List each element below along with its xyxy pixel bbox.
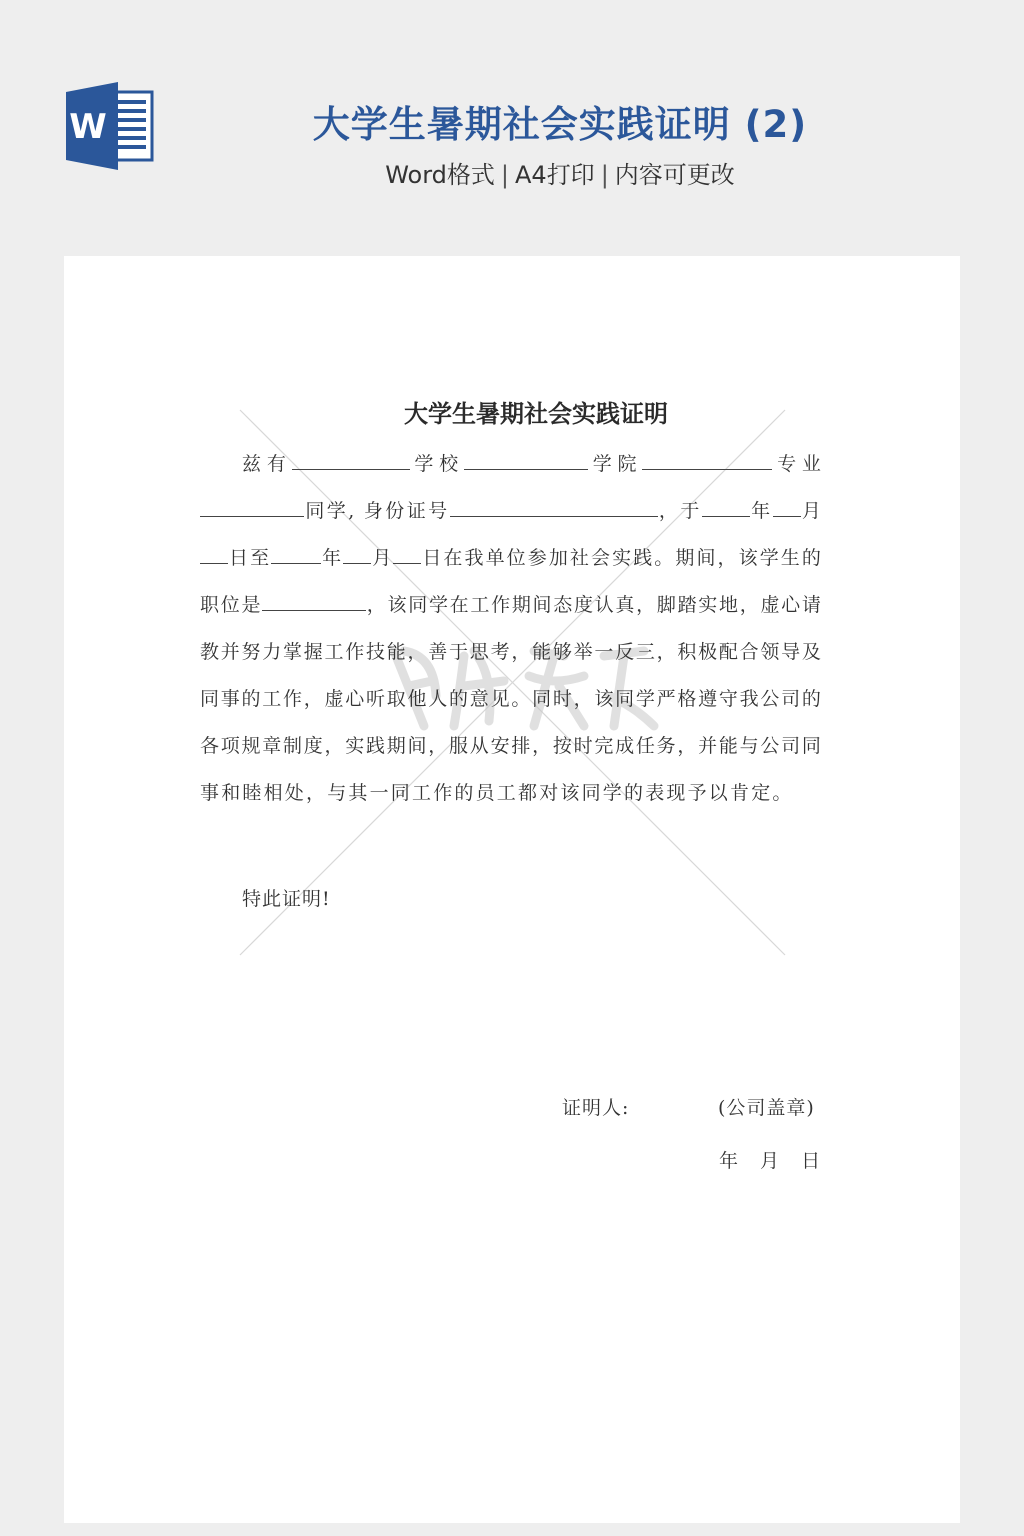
text: 兹有 — [242, 453, 292, 475]
paragraph-line: 兹有学校学院专业 — [200, 449, 822, 479]
date-placeholder: 年 月 日 — [719, 1146, 821, 1173]
text: 年 — [321, 547, 343, 569]
text: 日在我单位参加社会实践。期间，该学生的 — [421, 547, 822, 569]
text: 同学, 身份证号 — [304, 500, 450, 522]
document-page: 大学生暑期社会实践证明 兹有学校学院专业 同学, 身份证号，于年月 日至年月日在… — [64, 256, 960, 1523]
svg-text:W: W — [69, 107, 107, 147]
paragraph-line: 同事的工作，虚心听取他人的意见。同时，该同学严格遵守我公司的 — [200, 684, 822, 714]
text: 学校 — [410, 453, 464, 475]
start-year-blank-field[interactable] — [702, 496, 750, 517]
text: 日至 — [228, 547, 271, 569]
subtitle: Word格式|A4打印|内容可更改 — [240, 155, 880, 190]
company-seal-placeholder: (公司盖章) — [718, 1093, 815, 1120]
page-title: 大学生暑期社会实践证明 (2) — [240, 94, 880, 148]
document-title: 大学生暑期社会实践证明 — [200, 394, 872, 429]
print-tag: A4打印 — [515, 161, 595, 189]
text: 学院 — [588, 453, 642, 475]
text: ，该同学在工作期间态度认真，脚踏实地，虚心请 — [366, 594, 822, 616]
college-blank-field[interactable] — [464, 449, 588, 470]
paragraph-line: 日至年月日在我单位参加社会实践。期间，该学生的 — [200, 543, 822, 573]
separator: | — [595, 161, 615, 189]
paragraph-line: 各项规章制度，实践期间，服从安排，按时完成任务，并能与公司同 — [200, 731, 822, 761]
signature-label: 证明人: — [562, 1093, 629, 1120]
closing-statement: 特此证明! — [242, 884, 331, 911]
paragraph-line: 事和睦相处，与其一同工作的员工都对该同学的表现予以肯定。 — [200, 778, 822, 808]
word-icon: W — [64, 82, 156, 170]
end-year-blank-field[interactable] — [271, 543, 321, 564]
start-day-blank-field[interactable] — [200, 543, 228, 564]
start-month-blank-field[interactable] — [773, 496, 801, 517]
text: 年 — [750, 500, 773, 522]
text: 月 — [371, 547, 393, 569]
major-blank-field[interactable] — [642, 449, 772, 470]
school-blank-field[interactable] — [292, 449, 410, 470]
text: 月 — [801, 500, 822, 522]
paragraph-line: 教并努力掌握工作技能，善于思考，能够举一反三，积极配合领导及 — [200, 637, 822, 667]
watermark-stamp-icon — [64, 256, 960, 1523]
text: 专业 — [772, 453, 822, 475]
position-blank-field[interactable] — [262, 590, 366, 611]
text: ，于 — [658, 500, 702, 522]
format-tag: Word格式 — [385, 161, 495, 189]
paragraph-line: 同学, 身份证号，于年月 — [200, 496, 822, 526]
id-number-blank-field[interactable] — [450, 496, 658, 517]
paragraph-line: 职位是，该同学在工作期间态度认真，脚踏实地，虚心请 — [200, 590, 822, 620]
student-name-blank-field[interactable] — [200, 496, 304, 517]
editable-tag: 内容可更改 — [615, 161, 735, 189]
header: W 大学生暑期社会实践证明 (2) Word格式|A4打印|内容可更改 — [0, 0, 1024, 256]
end-month-blank-field[interactable] — [343, 543, 371, 564]
separator: | — [495, 161, 515, 189]
end-day-blank-field[interactable] — [393, 543, 421, 564]
text: 职位是 — [200, 594, 262, 616]
